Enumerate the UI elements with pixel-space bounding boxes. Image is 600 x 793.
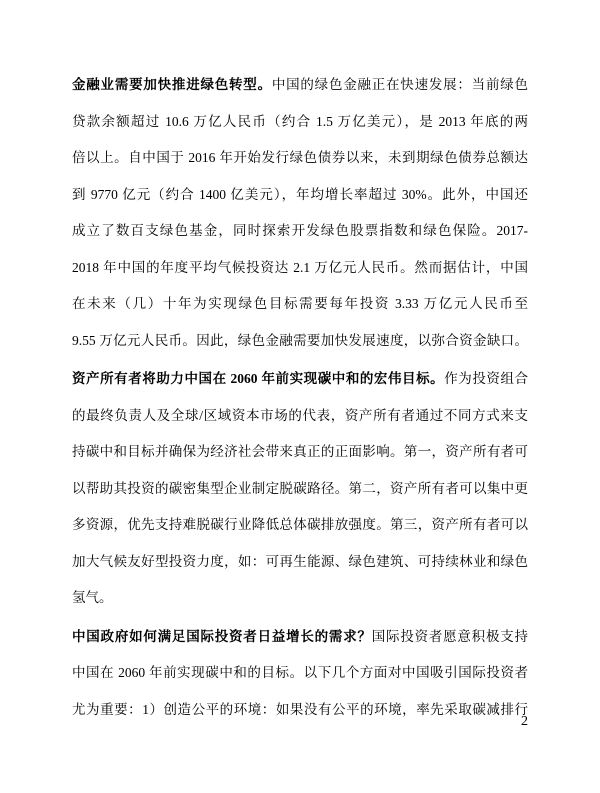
bold-lead-sentence: 金融业需要加快推进绿色转型。: [72, 77, 272, 92]
text-line: 2018 年中国的年度平均气候投资达 2.1 万亿元人民币。然而据估计，中国: [72, 250, 528, 287]
text-line: 贷款余额超过 10.6 万亿人民币（约合 1.5 万亿美元），是 2013 年底…: [72, 104, 528, 141]
line-text: 在未来（几）十年为实现绿色目标需要每年投资 3.33 万亿元人民币至: [72, 296, 528, 311]
line-text: 作为投资组合: [444, 371, 528, 386]
line-text: 以帮助其投资的碳密集型企业制定脱碳路径。第二，资产所有者可以集中更: [72, 481, 528, 496]
bold-lead-sentence: 中国政府如何满足国际投资者日益增长的需求？: [72, 629, 372, 644]
line-text: 成立了数百支绿色基金，同时探索开发绿色股票指数和绿色保险。2017-: [72, 223, 528, 238]
text-line: 尤为重要：1）创造公平的环境：如果没有公平的环境，率先采取碳减排行: [72, 692, 528, 729]
text-line: 到 9770 亿元（约合 1400 亿美元），年均增长率超过 30%。此外，中国…: [72, 177, 528, 214]
text-line: 倍以上。自中国于 2016 年开始发行绿色债券以来，未到期绿色债券总额达: [72, 140, 528, 177]
text-line: 持碳中和目标并确保为经济社会带来真正的正面影响。第一，资产所有者可: [72, 434, 528, 471]
line-text: 2018 年中国的年度平均气候投资达 2.1 万亿元人民币。然而据估计，中国: [72, 260, 528, 275]
document-page: 金融业需要加快推进绿色转型。中国的绿色金融正在快速发展：当前绿色 贷款余额超过 …: [0, 0, 600, 793]
line-text: 持碳中和目标并确保为经济社会带来真正的正面影响。第一，资产所有者可: [72, 444, 528, 459]
paragraph-green-finance: 金融业需要加快推进绿色转型。中国的绿色金融正在快速发展：当前绿色 贷款余额超过 …: [72, 67, 528, 359]
line-text: 9.55 万亿元人民币。因此，绿色金融需要加快发展速度，以弥合资金缺口。: [72, 333, 528, 348]
line-text: 氢气。: [72, 590, 113, 605]
text-line: 的最终负责人及全球/区域资本市场的代表，资产所有者通过不同方式来支: [72, 398, 528, 435]
line-text: 国际投资者愿意积极支持: [372, 629, 528, 644]
text-line: 成立了数百支绿色基金，同时探索开发绿色股票指数和绿色保险。2017-: [72, 213, 528, 250]
bold-lead-sentence: 资产所有者将助力中国在 2060 年前实现碳中和的宏伟目标。: [72, 371, 444, 386]
text-line: 金融业需要加快推进绿色转型。中国的绿色金融正在快速发展：当前绿色: [72, 67, 528, 104]
text-line: 氢气。: [72, 580, 528, 617]
text-line: 9.55 万亿元人民币。因此，绿色金融需要加快发展速度，以弥合资金缺口。: [72, 323, 528, 360]
line-text: 贷款余额超过 10.6 万亿人民币（约合 1.5 万亿美元），是 2013 年底…: [72, 114, 528, 129]
line-text: 中国在 2060 年前实现碳中和的目标。以下几个方面对中国吸引国际投资者: [72, 665, 528, 680]
document-body: 金融业需要加快推进绿色转型。中国的绿色金融正在快速发展：当前绿色 贷款余额超过 …: [72, 67, 528, 728]
text-line: 资产所有者将助力中国在 2060 年前实现碳中和的宏伟目标。作为投资组合: [72, 361, 528, 398]
line-text: 倍以上。自中国于 2016 年开始发行绿色债券以来，未到期绿色债券总额达: [72, 150, 528, 165]
line-text: 中国的绿色金融正在快速发展：当前绿色: [272, 77, 528, 92]
line-text: 到 9770 亿元（约合 1400 亿美元），年均增长率超过 30%。此外，中国…: [72, 187, 528, 202]
line-text: 尤为重要：1）创造公平的环境：如果没有公平的环境，率先采取碳减排行: [72, 702, 528, 717]
text-line: 加大气候友好型投资力度，如：可再生能源、绿色建筑、可持续林业和绿色: [72, 544, 528, 581]
text-line: 多资源，优先支持难脱碳行业降低总体碳排放强度。第三，资产所有者可以: [72, 507, 528, 544]
line-text: 加大气候友好型投资力度，如：可再生能源、绿色建筑、可持续林业和绿色: [72, 554, 528, 569]
paragraph-government-investors: 中国政府如何满足国际投资者日益增长的需求？国际投资者愿意积极支持 中国在 206…: [72, 619, 528, 729]
text-line: 中国政府如何满足国际投资者日益增长的需求？国际投资者愿意积极支持: [72, 619, 528, 656]
paragraph-asset-owners: 资产所有者将助力中国在 2060 年前实现碳中和的宏伟目标。作为投资组合 的最终…: [72, 361, 528, 617]
text-line: 在未来（几）十年为实现绿色目标需要每年投资 3.33 万亿元人民币至: [72, 286, 528, 323]
text-line: 以帮助其投资的碳密集型企业制定脱碳路径。第二，资产所有者可以集中更: [72, 471, 528, 508]
line-text: 多资源，优先支持难脱碳行业降低总体碳排放强度。第三，资产所有者可以: [72, 517, 528, 532]
text-line: 中国在 2060 年前实现碳中和的目标。以下几个方面对中国吸引国际投资者: [72, 655, 528, 692]
page-number: 2: [521, 712, 528, 732]
line-text: 的最终负责人及全球/区域资本市场的代表，资产所有者通过不同方式来支: [72, 408, 528, 423]
